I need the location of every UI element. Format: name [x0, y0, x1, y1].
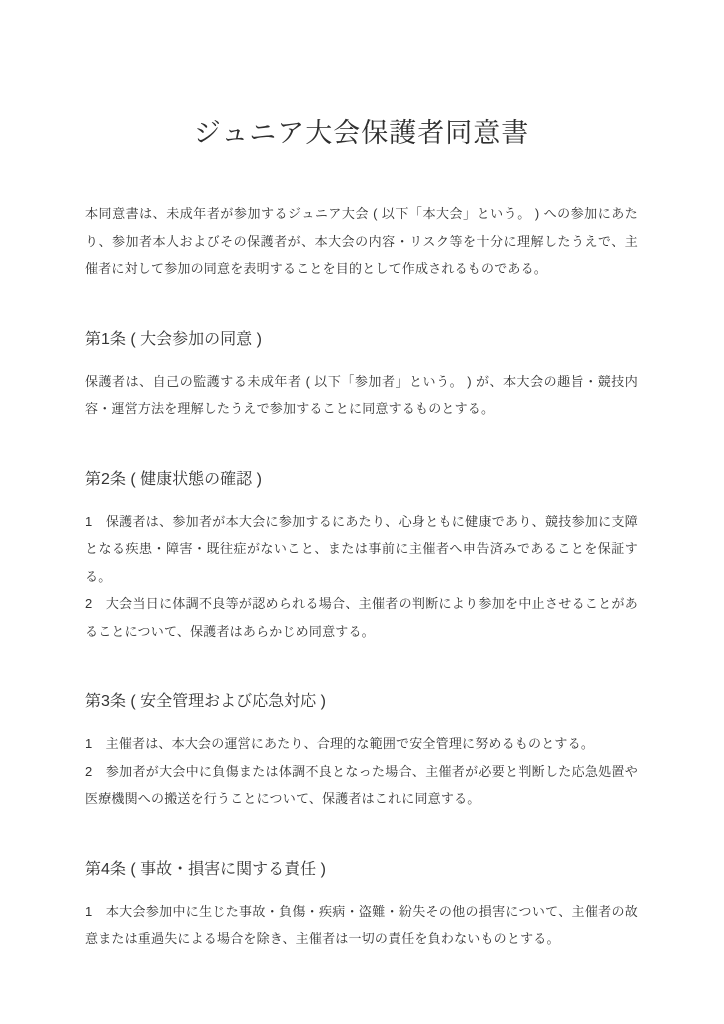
article-4: 第4条 ( 事故・損害に関する責任 ) 1 本大会参加中に生じた事故・負傷・疾病…	[85, 858, 638, 953]
document-title: ジュニア大会保護者同意書	[85, 112, 638, 154]
article-3: 第3条 ( 安全管理および応急対応 ) 1 主催者は、本大会の運営にあたり、合理…	[85, 690, 638, 813]
article-1: 第1条 ( 大会参加の同意 ) 保護者は、自己の監護する未成年者 ( 以下「参加…	[85, 328, 638, 423]
article-2-paragraph-2: 2 大会当日に体調不良等が認められる場合、主催者の判断により参加を中止させること…	[85, 590, 638, 645]
intro-paragraph: 本同意書は、未成年者が参加するジュニア大会 ( 以下「本大会」という。 ) への…	[85, 200, 638, 283]
article-3-paragraph-2: 2 参加者が大会中に負傷または体調不良となった場合、主催者が必要と判断した応急処…	[85, 758, 638, 813]
article-1-paragraph: 保護者は、自己の監護する未成年者 ( 以下「参加者」という。 ) が、本大会の趣…	[85, 368, 638, 423]
article-2-paragraph-1: 1 保護者は、参加者が本大会に参加するにあたり、心身ともに健康であり、競技参加に…	[85, 508, 638, 591]
article-3-paragraph-1: 1 主催者は、本大会の運営にあたり、合理的な範囲で安全管理に努めるものとする。	[85, 730, 638, 758]
article-4-paragraph: 1 本大会参加中に生じた事故・負傷・疾病・盗難・紛失その他の損害について、主催者…	[85, 898, 638, 953]
article-3-heading: 第3条 ( 安全管理および応急対応 )	[85, 690, 638, 714]
article-2: 第2条 ( 健康状態の確認 ) 1 保護者は、参加者が本大会に参加するにあたり、…	[85, 468, 638, 646]
article-4-heading: 第4条 ( 事故・損害に関する責任 )	[85, 858, 638, 882]
document-page: ジュニア大会保護者同意書 本同意書は、未成年者が参加するジュニア大会 ( 以下「…	[0, 0, 724, 1024]
article-1-heading: 第1条 ( 大会参加の同意 )	[85, 328, 638, 352]
article-2-heading: 第2条 ( 健康状態の確認 )	[85, 468, 638, 492]
